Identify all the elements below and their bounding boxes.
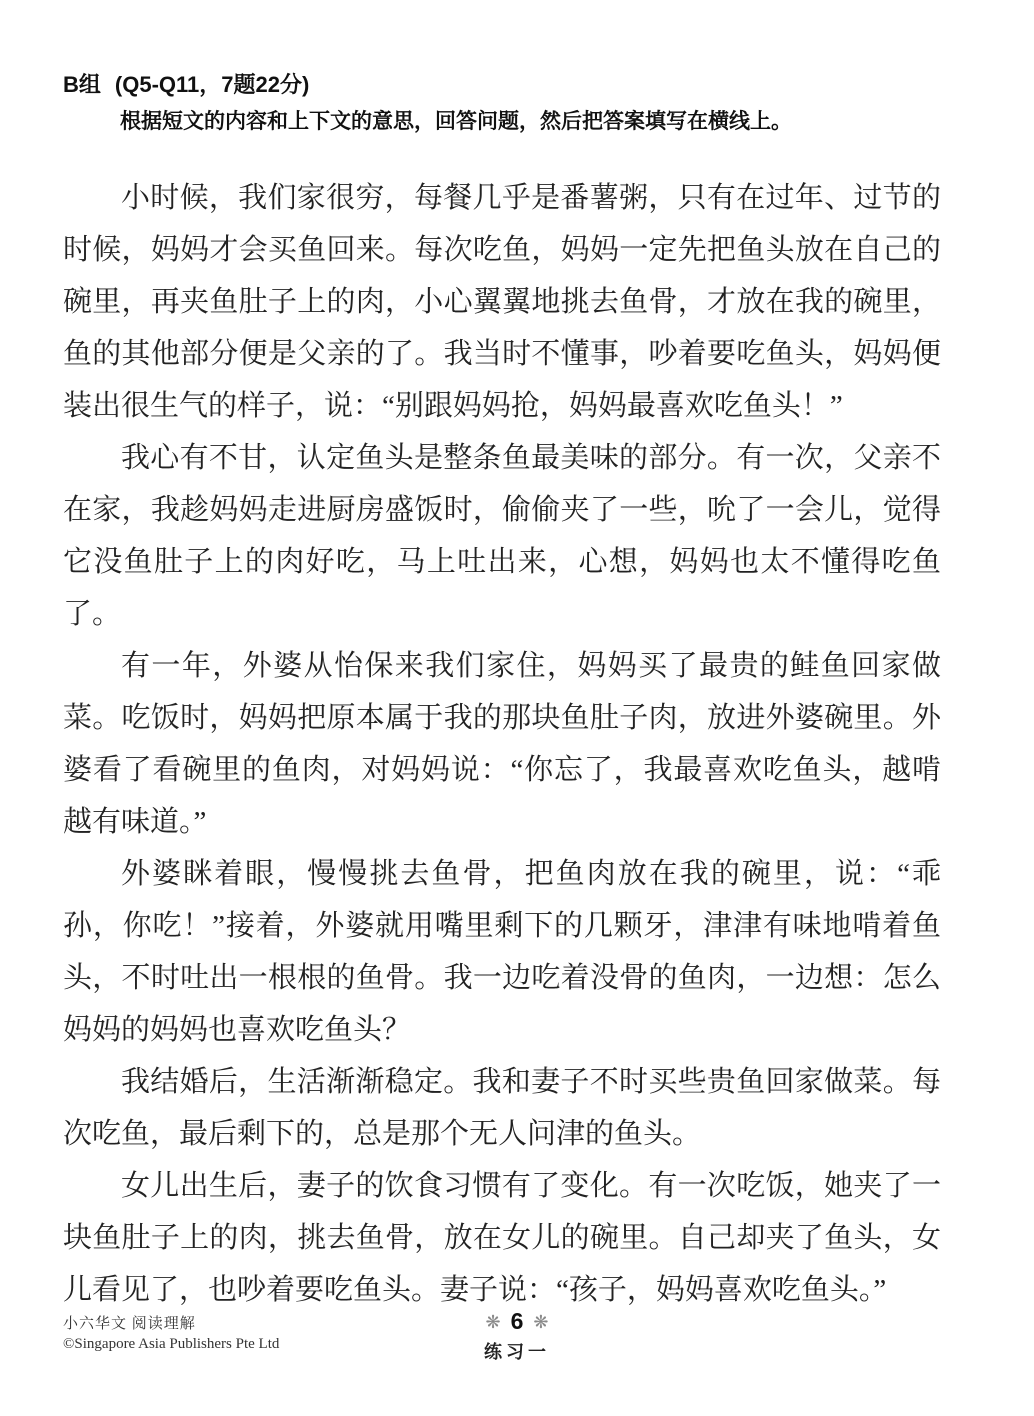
ornament-icon: ❋	[533, 1313, 548, 1331]
reading-passage: 小时候，我们家很穷，每餐几乎是番薯粥，只有在过年、过节的时候，妈妈才会买鱼回来。…	[63, 172, 941, 1316]
section-info: (Q5-Q11，7题22分)	[115, 72, 309, 98]
passage-paragraph: 小时候，我们家很穷，每餐几乎是番薯粥，只有在过年、过节的时候，妈妈才会买鱼回来。…	[63, 172, 941, 432]
passage-paragraph: 我结婚后，生活渐渐稳定。我和妻子不时买些贵鱼回家做菜。每次吃鱼，最后剩下的，总是…	[63, 1056, 941, 1160]
passage-paragraph: 有一年，外婆从怡保来我们家住，妈妈买了最贵的鲑鱼回家做菜。吃饭时，妈妈把原本属于…	[63, 640, 941, 848]
passage-paragraph: 女儿出生后，妻子的饮食习惯有了变化。有一次吃饭，她夹了一块鱼肚子上的肉，挑去鱼骨…	[63, 1160, 941, 1316]
passage-paragraph: 外婆眯着眼，慢慢挑去鱼骨，把鱼肉放在我的碗里，说：“乖孙，你吃！”接着，外婆就用…	[63, 848, 941, 1056]
exercise-label: 练习一	[0, 1338, 1034, 1364]
page-number: 6	[511, 1310, 524, 1333]
section-header: B组 (Q5-Q11，7题22分)	[63, 72, 941, 98]
footer-page-block: ❋ 6 ❋ 练习一	[0, 1310, 1034, 1364]
worksheet-page: B组 (Q5-Q11，7题22分) 根据短文的内容和上下文的意思，回答问题，然后…	[0, 0, 1034, 1416]
page-number-row: ❋ 6 ❋	[486, 1310, 549, 1333]
page-content: B组 (Q5-Q11，7题22分) 根据短文的内容和上下文的意思，回答问题，然后…	[63, 72, 941, 1316]
section-label: B组	[63, 72, 101, 98]
passage-paragraph: 我心有不甘，认定鱼头是整条鱼最美味的部分。有一次，父亲不在家，我趁妈妈走进厨房盛…	[63, 432, 941, 640]
ornament-icon: ❋	[486, 1313, 501, 1331]
section-instruction: 根据短文的内容和上下文的意思，回答问题，然后把答案填写在横线上。	[120, 108, 941, 135]
